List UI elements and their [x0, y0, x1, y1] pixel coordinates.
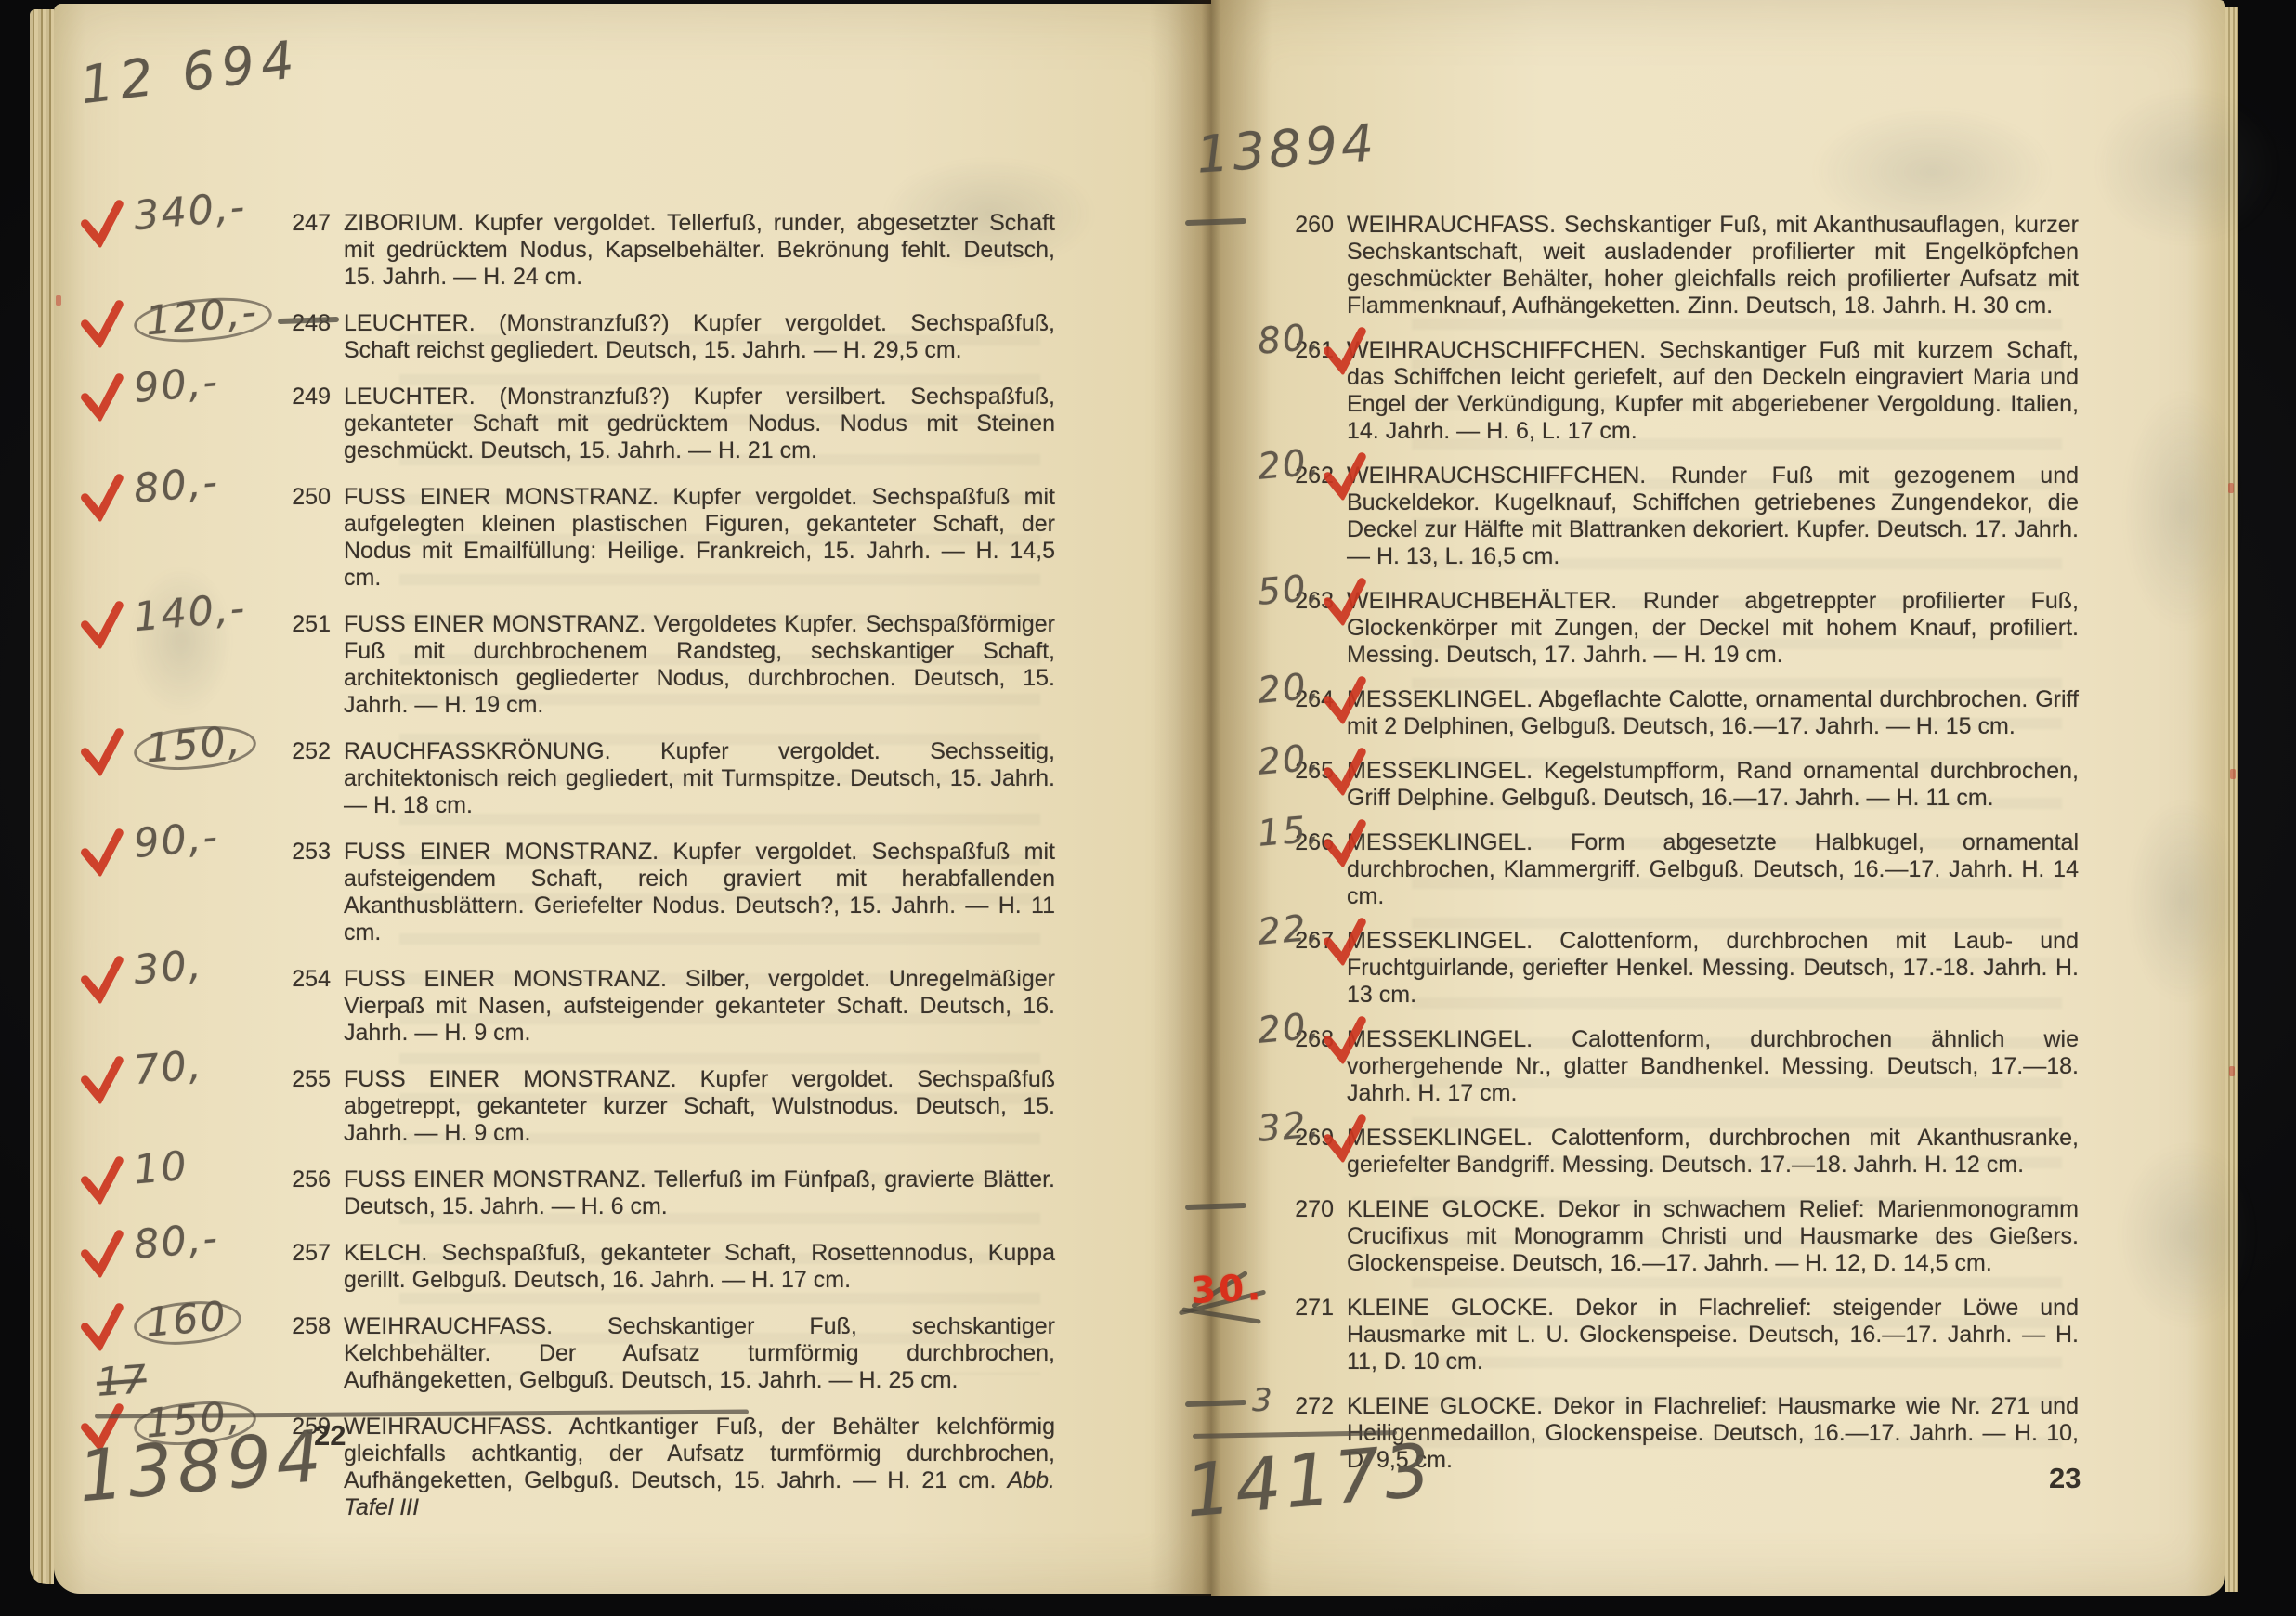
red-checkmark-icon: [76, 1301, 131, 1352]
red-checkmark-icon: [76, 1228, 131, 1279]
margin-annotation: 120,-: [78, 299, 280, 347]
entry-text: LEUCHTER. (Monstranzfuß?) Kupfer vergold…: [344, 310, 1055, 363]
margin-annotation: [1185, 201, 1343, 225]
catalog-entry-253: 25390,-FUSS EINER MONSTRANZ. Kupfer verg…: [344, 839, 1055, 946]
red-checkmark-icon: [1319, 576, 1374, 627]
catalog-entry-265: 26520,MESSEKLINGEL. Kegelstumpfform, Ran…: [1347, 758, 2079, 812]
handwritten-total-top-right: 13894: [1194, 112, 1379, 184]
red-checkmark-icon: [76, 726, 131, 777]
catalog-entry-250: 25080,-FUSS EINER MONSTRANZ. Kupfer verg…: [344, 484, 1055, 592]
page-number-23: 23: [2049, 1462, 2081, 1495]
handwritten-price: 10: [133, 1153, 189, 1184]
entry-text: RAUCHFASSKRÖNUNG. Kupfer vergoldet. Sech…: [344, 738, 1055, 818]
red-checkmark-icon: [76, 1154, 131, 1205]
red-checkmark-icon: [1319, 674, 1374, 725]
entry-text: KLEINE GLOCKE. Dekor in Flachrelief: ste…: [1347, 1295, 2079, 1375]
catalog-entry-247: 247340,-ZIBORIUM. Kupfer vergoldet. Tell…: [344, 210, 1055, 291]
entry-text: FUSS EINER MONSTRANZ. Kupfer vergoldet. …: [344, 839, 1055, 945]
handwritten-price: 30.: [1190, 1274, 1264, 1305]
handwritten-price: 22,: [1257, 914, 1322, 946]
catalog-column-left: 247340,-ZIBORIUM. Kupfer vergoldet. Tell…: [344, 210, 1055, 1541]
entry-text: MESSEKLINGEL. Form abgesetzte Halbkugel,…: [1347, 829, 2079, 909]
catalog-entry-269: 26932,MESSEKLINGEL. Calottenform, durchb…: [1347, 1125, 2079, 1179]
catalog-entry-272: 272KLEINE GLOCKE. Dekor in Flachrelief: …: [1347, 1393, 2079, 1474]
handwritten-price: 140,-: [133, 595, 247, 632]
entry-text: LEUCHTER. (Monstranzfuß?) Kupfer versilb…: [344, 384, 1055, 463]
red-checkmark-icon: [1319, 916, 1374, 967]
catalog-entry-268: 26820,MESSEKLINGEL. Calottenform, durchb…: [1347, 1026, 2079, 1107]
handwritten-price: 50,: [1257, 574, 1322, 606]
entry-text: FUSS EINER MONSTRANZ. Kupfer vergoldet. …: [344, 484, 1055, 591]
entry-text: FUSS EINER MONSTRANZ. Vergoldetes Kupfer…: [344, 611, 1055, 718]
catalog-entry-259: 259150,WEIHRAUCHFASS. Achtkantiger Fuß, …: [344, 1414, 1055, 1521]
margin-annotation: 30,: [78, 955, 280, 1003]
entry-text: WEIHRAUCHFASS. Sechskantiger Fuß, sechsk…: [344, 1313, 1055, 1393]
margin-annotation: 70,: [78, 1055, 280, 1103]
red-checkmark-icon: [76, 954, 131, 1005]
handwritten-price: 80,-: [133, 1225, 220, 1259]
catalog-entry-251: 251140,-FUSS EINER MONSTRANZ. Vergoldete…: [344, 611, 1055, 719]
margin-annotation: 340,-: [78, 199, 280, 247]
catalog-entry-248: 248120,-LEUCHTER. (Monstranzfuß?) Kupfer…: [344, 310, 1055, 364]
handwritten-price: 90,-: [133, 824, 220, 858]
handwritten-price: 150,: [132, 722, 257, 774]
handwritten-price: 20,: [1257, 449, 1322, 481]
book-page-edges-left: [30, 9, 54, 1584]
handwritten-price: 30,: [133, 952, 204, 984]
margin-annotation: 80,-: [78, 1229, 280, 1277]
handwritten-price: 20,: [1257, 1012, 1322, 1045]
handwritten-price: 160: [132, 1297, 243, 1349]
red-checkmark-icon: [1319, 1113, 1374, 1164]
margin-annotation: 20,: [1185, 451, 1343, 500]
red-checkmark-icon: [76, 1054, 131, 1105]
handwritten-price: 70,: [133, 1052, 204, 1085]
margin-annotation: 30.: [1185, 1276, 1343, 1303]
handwritten-price: 20,: [1257, 672, 1322, 705]
entry-text: WEIHRAUCHSCHIFFCHEN. Sechskantiger Fuß m…: [1347, 337, 2079, 444]
red-checkmark-icon: [76, 298, 131, 349]
catalog-entry-262: 26220,WEIHRAUCHSCHIFFCHEN. Runder Fuß mi…: [1347, 463, 2079, 570]
entry-text: KELCH. Sechspaßfuß, gekanteter Schaft, R…: [344, 1240, 1055, 1293]
margin-annotation: 140,-: [78, 600, 280, 648]
entry-text: MESSEKLINGEL. Calottenform, durchbrochen…: [1347, 928, 2079, 1008]
catalog-entry-264: 26420,MESSEKLINGEL. Abgeflachte Calotte,…: [1347, 686, 2079, 740]
catalog-entry-267: 26722,MESSEKLINGEL. Calottenform, durchb…: [1347, 928, 2079, 1009]
pencil-dash: [1185, 1400, 1246, 1407]
entry-text: MESSEKLINGEL. Kegelstumpfform, Rand orna…: [1347, 758, 2079, 811]
red-checkmark-icon: [1319, 817, 1374, 868]
entry-text: WEIHRAUCHFASS. Achtkantiger Fuß, der Beh…: [344, 1414, 1055, 1520]
margin-annotation: 10: [78, 1155, 280, 1204]
catalog-entry-266: 26615,MESSEKLINGEL. Form abgesetzte Halb…: [1347, 829, 2079, 910]
margin-annotation: 22,: [1185, 917, 1343, 965]
catalog-entry-249: 24990,-LEUCHTER. (Monstranzfuß?) Kupfer …: [344, 384, 1055, 464]
catalog-entry-254: 25430,FUSS EINER MONSTRANZ. Silber, verg…: [344, 966, 1055, 1047]
figure-reference: Abb. Tafel III: [344, 1467, 1055, 1520]
margin-annotation: 80,: [1185, 326, 1343, 374]
entry-text: MESSEKLINGEL. Calottenform, durchbrochen…: [1347, 1026, 2079, 1106]
handwritten-price: 15,: [1257, 815, 1322, 848]
red-ink-speck: [56, 295, 61, 306]
handwritten-crossed-number: 17: [95, 1356, 148, 1405]
margin-annotation: 160: [78, 1302, 280, 1350]
red-checkmark-icon: [76, 472, 131, 523]
red-ink-speck: [2230, 769, 2236, 779]
auction-catalog-scan: 247340,-ZIBORIUM. Kupfer vergoldet. Tell…: [0, 0, 2296, 1616]
margin-annotation: 90,-: [78, 372, 280, 421]
handwritten-small-number: 3: [1252, 1382, 1272, 1419]
margin-annotation: [1185, 1185, 1343, 1209]
handwritten-price: 80,-: [133, 469, 220, 503]
catalog-entry-261: 26180,WEIHRAUCHSCHIFFCHEN. Sechskantiger…: [1347, 337, 2079, 445]
red-ink-speck: [2229, 1066, 2235, 1076]
catalog-entry-255: 25570,FUSS EINER MONSTRANZ. Kupfer vergo…: [344, 1066, 1055, 1147]
entry-text: ZIBORIUM. Kupfer vergoldet. Tellerfuß, r…: [344, 210, 1055, 290]
margin-annotation: 80,-: [78, 473, 280, 521]
margin-annotation: 32,: [1185, 1114, 1343, 1162]
red-checkmark-icon: [76, 827, 131, 878]
handwritten-price: 90,-: [133, 369, 220, 403]
margin-annotation: 20,: [1185, 747, 1343, 795]
handwritten-price: 32,: [1257, 1111, 1322, 1143]
catalog-column-right: 260WEIHRAUCHFASS. Sechskantiger Fuß, mit…: [1347, 212, 2079, 1492]
entry-text: FUSS EINER MONSTRANZ. Silber, vergoldet.…: [344, 966, 1055, 1046]
entry-text: FUSS EINER MONSTRANZ. Kupfer vergoldet. …: [344, 1066, 1055, 1146]
catalog-entry-256: 25610FUSS EINER MONSTRANZ. Tellerfuß im …: [344, 1166, 1055, 1220]
catalog-entry-270: 270KLEINE GLOCKE. Dekor in schwachem Rel…: [1347, 1196, 2079, 1277]
catalog-entry-258: 258160WEIHRAUCHFASS. Sechskantiger Fuß, …: [344, 1313, 1055, 1394]
entry-text: MESSEKLINGEL. Abgeflachte Calotte, ornam…: [1347, 686, 2079, 739]
catalog-entry-271: 27130.KLEINE GLOCKE. Dekor in Flachrelie…: [1347, 1295, 2079, 1375]
catalog-entry-263: 26350,WEIHRAUCHBEHÄLTER. Runder abgetrep…: [1347, 588, 2079, 669]
red-checkmark-icon: [76, 599, 131, 650]
catalog-entry-260: 260WEIHRAUCHFASS. Sechskantiger Fuß, mit…: [1347, 212, 2079, 319]
margin-annotation: 150,: [78, 727, 280, 775]
handwritten-price: 120,-: [132, 293, 274, 347]
pencil-dash: [1185, 218, 1246, 226]
handwritten-price: 80,: [1257, 323, 1322, 356]
handwritten-price: 20,: [1257, 744, 1322, 776]
pencil-dash: [1185, 1203, 1246, 1210]
margin-annotation: 20,: [1185, 675, 1343, 723]
entry-text: KLEINE GLOCKE. Dekor in Flachrelief: Hau…: [1347, 1393, 2079, 1473]
catalog-entry-257: 25780,-KELCH. Sechspaßfuß, gekanteter Sc…: [344, 1240, 1055, 1294]
entry-text: FUSS EINER MONSTRANZ. Tellerfuß im Fünfp…: [344, 1166, 1055, 1219]
entry-text: WEIHRAUCHBEHÄLTER. Runder abgetreppter p…: [1347, 588, 2079, 668]
margin-annotation: 20,: [1185, 1015, 1343, 1063]
entry-text: MESSEKLINGEL. Calottenform, durchbrochen…: [1347, 1125, 2079, 1178]
margin-annotation: 15,: [1185, 818, 1343, 867]
entry-text: WEIHRAUCHSCHIFFCHEN. Runder Fuß mit gezo…: [1347, 463, 2079, 569]
entry-text: KLEINE GLOCKE. Dekor in schwachem Relief…: [1347, 1196, 2079, 1276]
red-checkmark-icon: [1319, 450, 1374, 502]
red-checkmark-icon: [1319, 746, 1374, 797]
red-checkmark-icon: [76, 198, 131, 249]
catalog-entry-252: 252150,RAUCHFASSKRÖNUNG. Kupfer vergolde…: [344, 738, 1055, 819]
red-checkmark-icon: [1319, 1014, 1374, 1065]
book-page-edges-right: [2225, 7, 2238, 1592]
red-checkmark-icon: [1319, 325, 1374, 376]
handwritten-price: 340,-: [133, 194, 247, 230]
red-ink-speck: [2228, 483, 2234, 493]
margin-annotation: 50,: [1185, 577, 1343, 625]
entry-text: WEIHRAUCHFASS. Sechskantiger Fuß, mit Ak…: [1347, 212, 2079, 319]
margin-annotation: 90,-: [78, 828, 280, 876]
red-checkmark-icon: [76, 371, 131, 423]
